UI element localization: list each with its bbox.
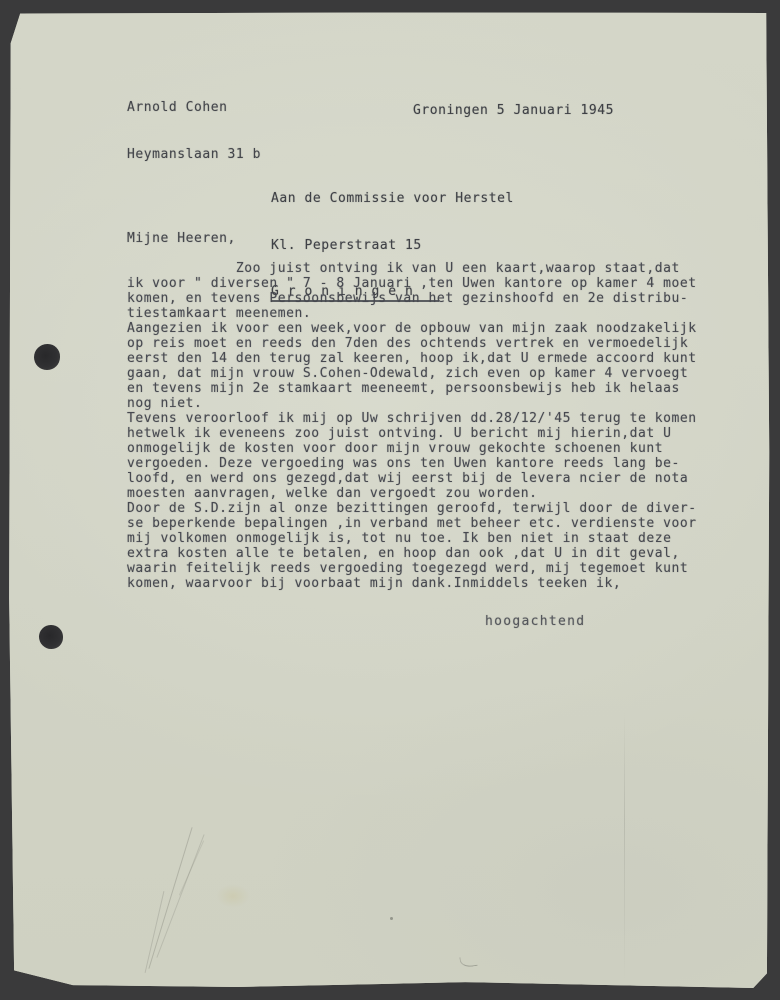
letter-page: Arnold Cohen Heymanslaan 31 b Groningen …: [8, 12, 770, 989]
faint-pencil-mark: [459, 955, 477, 968]
letter-body: Zoo juist ontving ik van U een kaart,waa…: [127, 261, 697, 591]
paper-crease: [624, 712, 625, 982]
recipient-organization: Aan de Commissie voor Herstel: [271, 191, 514, 207]
pencil-scratch: [179, 840, 204, 895]
pencil-scratch: [148, 827, 192, 969]
punch-hole-bottom: [39, 625, 63, 649]
closing-phrase: hoogachtend: [485, 614, 585, 630]
sender-block: Arnold Cohen Heymanslaan 31 b: [127, 69, 261, 193]
scan-background: Arnold Cohen Heymanslaan 31 b Groningen …: [0, 0, 780, 1000]
recipient-street: Kl. Peperstraat 15: [271, 238, 514, 254]
sender-address: Heymanslaan 31 b: [127, 147, 261, 163]
salutation: Mijne Heeren,: [127, 231, 236, 247]
pencil-scratch: [145, 891, 165, 973]
paper-stain: [216, 884, 250, 908]
dateline: Groningen 5 Januari 1945: [413, 103, 614, 119]
sender-name: Arnold Cohen: [127, 100, 261, 116]
paper-speck: [390, 917, 393, 920]
punch-hole-top: [34, 344, 60, 370]
